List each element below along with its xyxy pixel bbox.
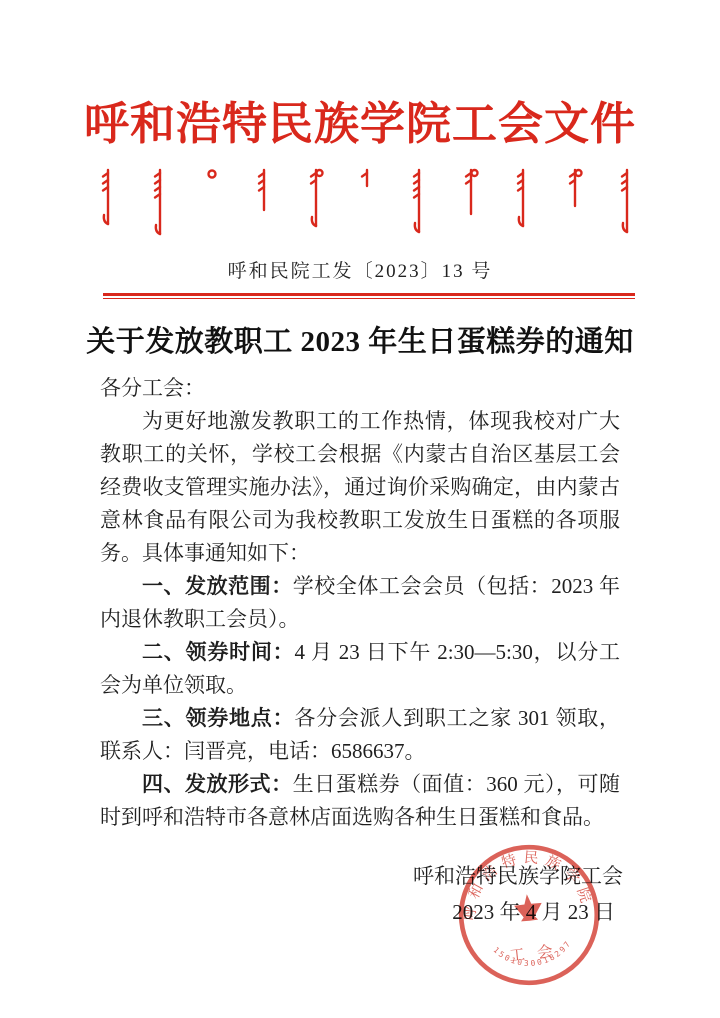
mongolian-script-column xyxy=(463,166,479,242)
signature-date: 2023 年 4 月 23 日 xyxy=(0,894,623,930)
red-header-title: 呼和浩特民族学院工会文件 xyxy=(0,0,720,152)
mongolian-script-column xyxy=(204,166,220,242)
notice-title: 关于发放教职工 2023 年生日蛋糕券的通知 xyxy=(0,319,720,360)
svg-text:1501030018297: 1501030018297 xyxy=(491,937,576,971)
mongolian-banner xyxy=(0,166,720,242)
body-paragraph: 四、发放形式：生日蛋糕券（面值：360 元），可随时到呼和浩特市各意林店面选购各… xyxy=(100,768,620,834)
mongolian-script-column xyxy=(152,166,168,242)
seal-center-label: 工 会 xyxy=(508,942,557,965)
mongolian-script-column xyxy=(308,166,324,242)
signature-organization: 呼和浩特民族学院工会 xyxy=(0,858,623,894)
document-number: 呼和民院工发〔2023〕13 号 xyxy=(0,256,720,283)
mongolian-script-column xyxy=(567,166,583,242)
item-label: 一、发放范围： xyxy=(142,574,293,598)
mongolian-script-column xyxy=(359,166,375,242)
mongolian-script-column xyxy=(411,166,427,242)
body-paragraph: 二、领券时间：4 月 23 日下午 2:30—5:30，以分工会为单位领取。 xyxy=(100,636,620,702)
official-document-page: 呼和浩特民族学院工会文件 呼和民院工发〔2023〕13 号 关于发放教职工 20… xyxy=(0,0,720,1018)
salutation: 各分工会： xyxy=(100,372,620,405)
mongolian-script-column xyxy=(619,166,635,242)
red-divider-rule xyxy=(103,293,635,299)
body-text-run: 为更好地激发教职工的工作热情，体现我校对广大教职工的关怀，学校工会根据《内蒙古自… xyxy=(100,409,620,565)
item-label: 四、发放形式： xyxy=(142,772,293,796)
mongolian-script-column xyxy=(256,166,272,242)
body-paragraph: 一、发放范围：学校全体工会会员（包括：2023 年内退休教职工会员）。 xyxy=(100,570,620,636)
signature-block: 呼和浩特民族学院工会 2023 年 4 月 23 日 xyxy=(0,858,720,930)
item-label: 三、领券地点： xyxy=(142,706,294,730)
body-paragraphs: 为更好地激发教职工的工作热情，体现我校对广大教职工的关怀，学校工会根据《内蒙古自… xyxy=(100,405,620,834)
seal-serial-number: 1501030018297 xyxy=(491,937,576,971)
mongolian-script-column xyxy=(515,166,531,242)
body-paragraph: 三、领券地点：各分会派人到职工之家 301 领取，联系人：闫晋亮，电话：6586… xyxy=(100,702,620,768)
body-paragraph: 为更好地激发教职工的工作热情，体现我校对广大教职工的关怀，学校工会根据《内蒙古自… xyxy=(100,405,620,570)
item-label: 二、领券时间： xyxy=(142,640,294,664)
notice-body: 各分工会： 为更好地激发教职工的工作热情，体现我校对广大教职工的关怀，学校工会根… xyxy=(100,372,620,834)
mongolian-script-column xyxy=(100,166,116,242)
